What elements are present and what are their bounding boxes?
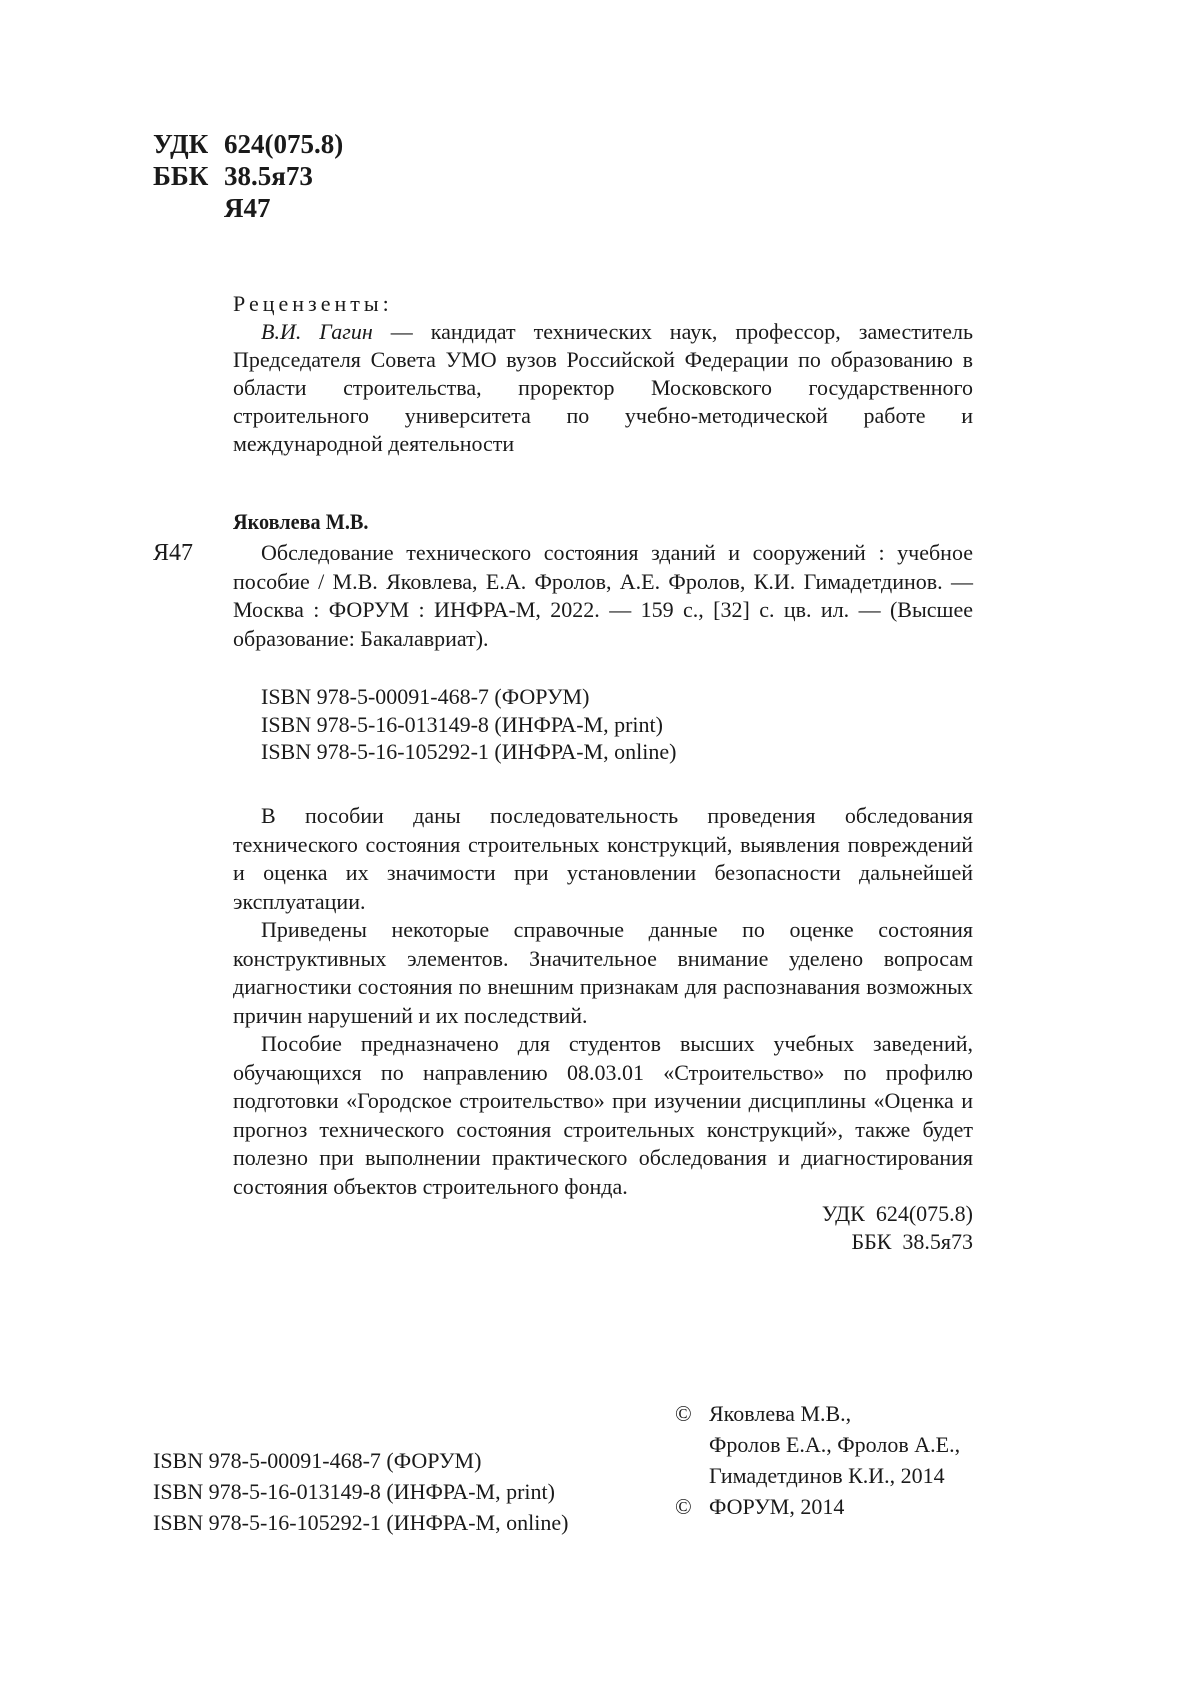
copyright-authors-line: Гимадетдинов К.И., 2014 — [675, 1460, 960, 1491]
isbn-item: ISBN 978-5-00091-468-7 (ФОРУМ) — [153, 1445, 568, 1476]
bbk-label: ББК — [153, 160, 224, 192]
author-mark-row: Я47 — [153, 192, 343, 224]
bbk-code: ББК 38.5я73 — [760, 1228, 973, 1256]
isbn-item: ISBN 978-5-16-013149-8 (ИНФРА-М, print) — [153, 1476, 568, 1507]
isbn-item: ISBN 978-5-16-105292-1 (ИНФРА-М, online) — [261, 738, 676, 766]
reviewer-entry: В.И. Гагин — кандидат технических наук, … — [233, 318, 973, 458]
bibliographic-description: Обследование технического состояния здан… — [233, 539, 973, 653]
reviewers-heading: Рецензенты: — [233, 290, 973, 318]
copyright-authors-line: Яковлева М.В., — [709, 1398, 851, 1429]
annotation-paragraph: Приведены некоторые справочные данные по… — [233, 916, 973, 1030]
udk-row: УДК 624(075.8) — [153, 128, 343, 160]
copyright-authors: © Яковлева М.В., — [675, 1398, 960, 1429]
isbn-list: ISBN 978-5-00091-468-7 (ФОРУМ) ISBN 978-… — [261, 683, 676, 766]
copyright-publisher-line: ФОРУМ, 2014 — [709, 1491, 844, 1522]
copyright-icon: © — [675, 1491, 709, 1522]
classification-codes-right: УДК 624(075.8) ББК 38.5я73 — [760, 1200, 973, 1256]
bbk-row: ББК 38.5я73 — [153, 160, 343, 192]
isbn-item: ISBN 978-5-16-013149-8 (ИНФРА-М, print) — [261, 711, 676, 739]
annotation-paragraph: Пособие предназначено для студентов высш… — [233, 1030, 973, 1201]
classification-block: УДК 624(075.8) ББК 38.5я73 Я47 — [153, 128, 343, 224]
shelf-mark: Я47 — [153, 539, 193, 567]
reviewers-section: Рецензенты: В.И. Гагин — кандидат технич… — [233, 290, 973, 458]
udk-label: УДК — [153, 128, 224, 160]
udk-code: УДК 624(075.8) — [760, 1200, 973, 1228]
copyright-icon: © — [675, 1398, 709, 1429]
bbk-value: 38.5я73 — [224, 160, 313, 192]
isbn-item: ISBN 978-5-16-105292-1 (ИНФРА-М, online) — [153, 1507, 568, 1538]
copyright-publisher: © ФОРУМ, 2014 — [675, 1491, 960, 1522]
annotation: В пособии даны последовательность провед… — [233, 802, 973, 1201]
isbn-item: ISBN 978-5-00091-468-7 (ФОРУМ) — [261, 683, 676, 711]
entry-author: Яковлева М.В. — [233, 508, 368, 536]
bottom-isbn-list: ISBN 978-5-00091-468-7 (ФОРУМ) ISBN 978-… — [153, 1445, 568, 1538]
reviewer-name: В.И. Гагин — [261, 319, 373, 344]
udk-value: 624(075.8) — [224, 128, 343, 160]
copyright-block: © Яковлева М.В., Фролов Е.А., Фролов А.Е… — [675, 1398, 960, 1522]
copyright-authors-line: Фролов Е.А., Фролов А.Е., — [675, 1429, 960, 1460]
author-mark: Я47 — [224, 192, 271, 224]
annotation-paragraph: В пособии даны последовательность провед… — [233, 802, 973, 916]
